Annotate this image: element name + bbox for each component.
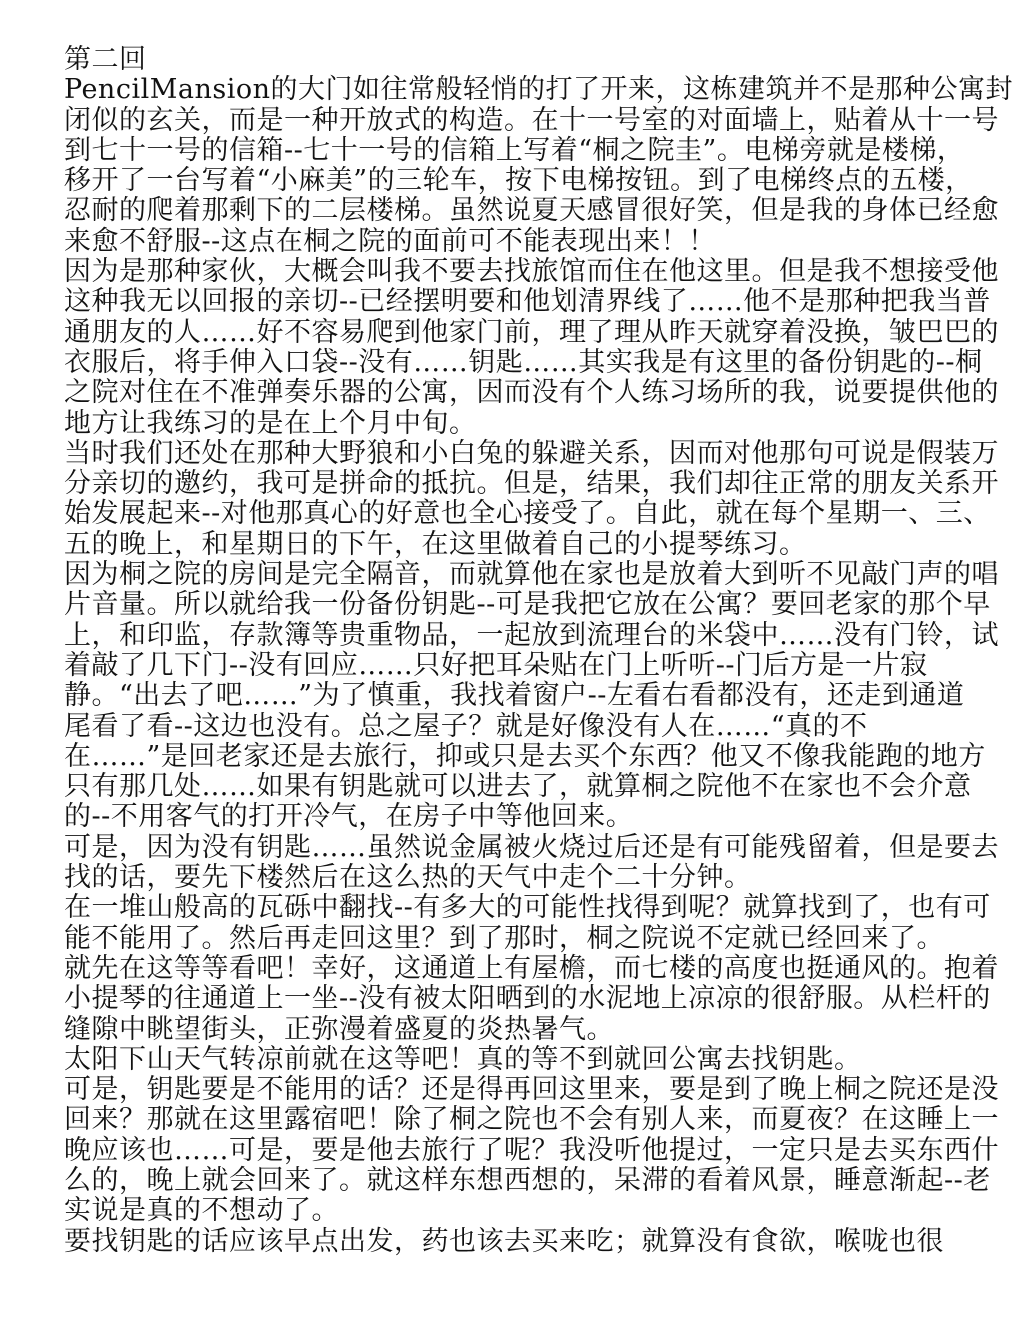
- text-line: 因为桐之院的房间是完全隔音，而就算他在家也是放着大到听不见敲门声的唱: [64, 560, 979, 590]
- text-line: 只有那几处……如果有钥匙就可以进去了，就算桐之院他不在家也不会介意: [64, 772, 979, 802]
- document-page: 第二回 PencilMansion的大门如往常般轻悄的打了开来，这栋建筑并不是那…: [0, 0, 1021, 1321]
- text-body: 第二回 PencilMansion的大门如往常般轻悄的打了开来，这栋建筑并不是那…: [64, 45, 979, 1257]
- text-line: 分亲切的邀约，我可是拼命的抵抗。但是，结果，我们却往正常的朋友关系开: [64, 469, 979, 499]
- text-line: 五的晚上，和星期日的下午，在这里做着自己的小提琴练习。: [64, 530, 979, 560]
- text-line: 片音量。所以就给我一份备份钥匙--可是我把它放在公寓？要回老家的那个早: [64, 590, 979, 620]
- text-line: 这种我无以回报的亲切--已经摆明要和他划清界线了……他不是那种把我当普: [64, 287, 979, 317]
- text-line: 衣服后，将手伸入口袋--没有……钥匙……其实我是有这里的备份钥匙的--桐: [64, 348, 979, 378]
- text-line: 回来？那就在这里露宿吧！除了桐之院也不会有别人来，而夏夜？在这睡上一: [64, 1105, 979, 1135]
- text-line: PencilMansion的大门如往常般轻悄的打了开来，这栋建筑并不是那种公寓封: [64, 75, 979, 105]
- text-line: 忍耐的爬着那剩下的二层楼梯。虽然说夏天感冒很好笑，但是我的身体已经愈: [64, 196, 979, 226]
- text-line: 静。“出去了吧……”为了慎重，我找着窗户--左看右看都没有，还走到通道: [64, 681, 979, 711]
- text-line: 着敲了几下门--没有回应……只好把耳朵贴在门上听听--门后方是一片寂: [64, 651, 979, 681]
- text-line: 移开了一台写着“小麻美”的三轮车，按下电梯按钮。到了电梯终点的五楼，: [64, 166, 979, 196]
- text-line: 要找钥匙的话应该早点出发，药也该去买来吃；就算没有食欲，喉咙也很: [64, 1227, 979, 1257]
- text-line: 缝隙中眺望街头，正弥漫着盛夏的炎热暑气。: [64, 1015, 979, 1045]
- text-line: 闭似的玄关，而是一种开放式的构造。在十一号室的对面墙上，贴着从十一号: [64, 106, 979, 136]
- text-line: 通朋友的人……好不容易爬到他家门前，理了理从昨天就穿着没换，皱巴巴的: [64, 318, 979, 348]
- text-line: 可是，钥匙要是不能用的话？还是得再回这里来，要是到了晚上桐之院还是没: [64, 1075, 979, 1105]
- text-line: 到七十一号的信箱--七十一号的信箱上写着“桐之院圭”。电梯旁就是楼梯，: [64, 136, 979, 166]
- text-line: 可是，因为没有钥匙……虽然说金属被火烧过后还是有可能残留着，但是要去: [64, 833, 979, 863]
- text-line: 晚应该也……可是，要是他去旅行了呢？我没听他提过，一定只是去买东西什: [64, 1136, 979, 1166]
- text-line: 尾看了看--这边也没有。总之屋子？就是好像没有人在……“真的不: [64, 712, 979, 742]
- text-line: 地方让我练习的是在上个月中旬。: [64, 409, 979, 439]
- text-line: 找的话，要先下楼然后在这么热的天气中走个二十分钟。: [64, 863, 979, 893]
- paragraph-lines: PencilMansion的大门如往常般轻悄的打了开来，这栋建筑并不是那种公寓封…: [64, 75, 979, 1257]
- text-line: 在一堆山般高的瓦砾中翻找--有多大的可能性找得到呢？就算找到了，也有可: [64, 893, 979, 923]
- text-line: 么的，晚上就会回来了。就这样东想西想的，呆滞的看着风景，睡意渐起--老: [64, 1166, 979, 1196]
- chapter-title: 第二回: [64, 45, 979, 75]
- text-line: 因为是那种家伙，大概会叫我不要去找旅馆而住在他这里。但是我不想接受他: [64, 257, 979, 287]
- text-line: 始发展起来--对他那真心的好意也全心接受了。自此，就在每个星期一、三、: [64, 499, 979, 529]
- text-line: 的--不用客气的打开冷气，在房子中等他回来。: [64, 802, 979, 832]
- text-line: 能不能用了。然后再走回这里？到了那时，桐之院说不定就已经回来了。: [64, 924, 979, 954]
- text-line: 小提琴的往通道上一坐--没有被太阳晒到的水泥地上凉凉的很舒服。从栏杆的: [64, 984, 979, 1014]
- text-line: 就先在这等等看吧！幸好，这通道上有屋檐，而七楼的高度也挺通风的。抱着: [64, 954, 979, 984]
- text-line: 实说是真的不想动了。: [64, 1196, 979, 1226]
- text-line: 在……”是回老家还是去旅行，抑或只是去买个东西？他又不像我能跑的地方: [64, 742, 979, 772]
- text-line: 之院对住在不准弹奏乐器的公寓，因而没有个人练习场所的我，说要提供他的: [64, 378, 979, 408]
- text-line: 上，和印监，存款簿等贵重物品，一起放到流理台的米袋中……没有门铃，试: [64, 621, 979, 651]
- text-line: 来愈不舒服--这点在桐之院的面前可不能表现出来！！: [64, 227, 979, 257]
- text-line: 太阳下山天气转凉前就在这等吧！真的等不到就回公寓去找钥匙。: [64, 1045, 979, 1075]
- text-line: 当时我们还处在那种大野狼和小白兔的躲避关系，因而对他那句可说是假装万: [64, 439, 979, 469]
